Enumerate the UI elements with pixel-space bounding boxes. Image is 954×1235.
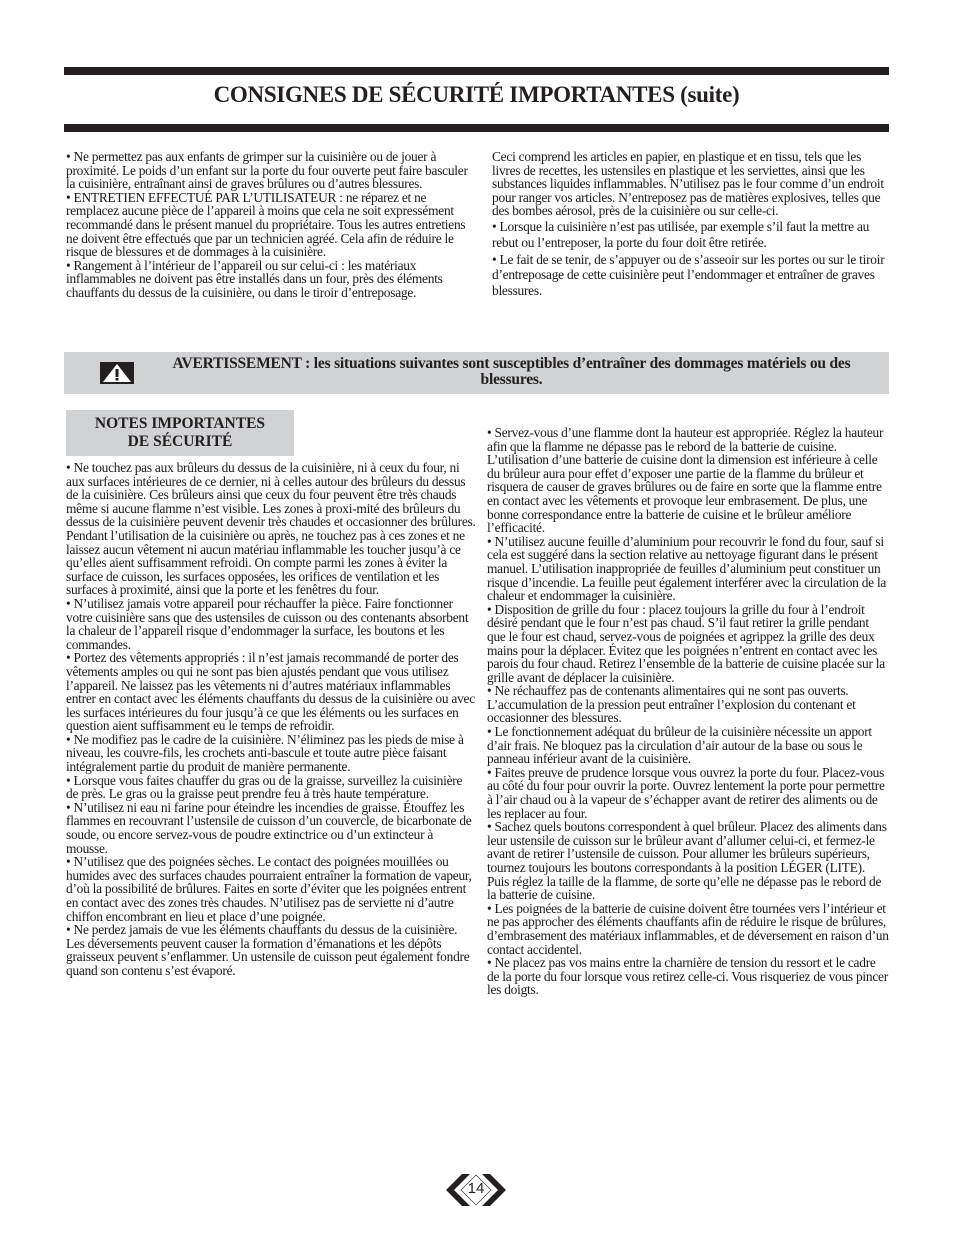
paragraph: • Lorsque vous faites chauffer du gras o… [66, 774, 476, 801]
paragraph: • Ne modifiez pas le cadre de la cuisini… [66, 733, 476, 774]
paragraph: Ceci comprend les articles en papier, en… [492, 150, 890, 218]
paragraph: • ENTRETIEN EFFECTUÉ PAR L’UTILISATEUR :… [66, 191, 476, 259]
top-right-column: Ceci comprend les articles en papier, en… [492, 150, 890, 298]
paragraph: • Ne placez pas vos mains entre la charn… [487, 956, 889, 997]
paragraph: • Servez-vous d’une flamme dont la haute… [487, 426, 889, 535]
warning-text: AVERTISSEMENT : les situations suivantes… [154, 356, 869, 387]
warning-banner: AVERTISSEMENT : les situations suivantes… [64, 352, 889, 394]
paragraph: • Ne touchez pas aux brûleurs du dessus … [66, 461, 476, 597]
paragraph: • Le fait de se tenir, de s’appuyer ou d… [492, 252, 890, 299]
paragraph: • Les poignées de la batterie de cuisine… [487, 902, 889, 956]
notes-heading-box: NOTES IMPORTANTES DE SÉCURITÉ [66, 410, 294, 456]
paragraph: • N’utilisez ni eau ni farine pour étein… [66, 801, 476, 855]
paragraph: • Disposition de grille du four : placez… [487, 603, 889, 685]
paragraph: • N’utilisez jamais votre appareil pour … [66, 597, 476, 651]
paragraph: • Ne permettez pas aux enfants de grimpe… [66, 150, 476, 191]
notes-heading-line1: NOTES IMPORTANTES [66, 415, 294, 433]
header-rule-bottom [64, 124, 889, 132]
bottom-left-column: • Ne touchez pas aux brûleurs du dessus … [66, 461, 476, 978]
paragraph: • Rangement à l’intérieur de l’appareil … [66, 259, 476, 300]
page-title: CONSIGNES DE SÉCURITÉ IMPORTANTES (suite… [64, 82, 889, 108]
bottom-right-column: • Servez-vous d’une flamme dont la haute… [487, 426, 889, 997]
top-left-column: • Ne permettez pas aux enfants de grimpe… [66, 150, 476, 300]
notes-heading-line2: DE SÉCURITÉ [66, 433, 294, 451]
paragraph: • Sachez quels boutons correspondent à q… [487, 820, 889, 902]
paragraph: • Lorsque la cuisinière n’est pas utilis… [492, 219, 890, 251]
paragraph: • Ne réchauffez pas de contenants alimen… [487, 684, 889, 725]
paragraph: • Faites preuve de prudence lorsque vous… [487, 766, 889, 820]
paragraph: • Portez des vêtements appropriés : il n… [66, 651, 476, 733]
header-rule-top [64, 67, 889, 75]
paragraph: • Le fonctionnement adéquat du brûleur d… [487, 725, 889, 766]
paragraph: • Ne perdez jamais de vue les éléments c… [66, 923, 476, 977]
page-number: 14 [444, 1180, 508, 1197]
page-number-badge: 14 [444, 1170, 508, 1210]
paragraph: • N’utilisez aucune feuille d’aluminium … [487, 535, 889, 603]
paragraph: • N’utilisez que des poignées sèches. Le… [66, 855, 476, 923]
